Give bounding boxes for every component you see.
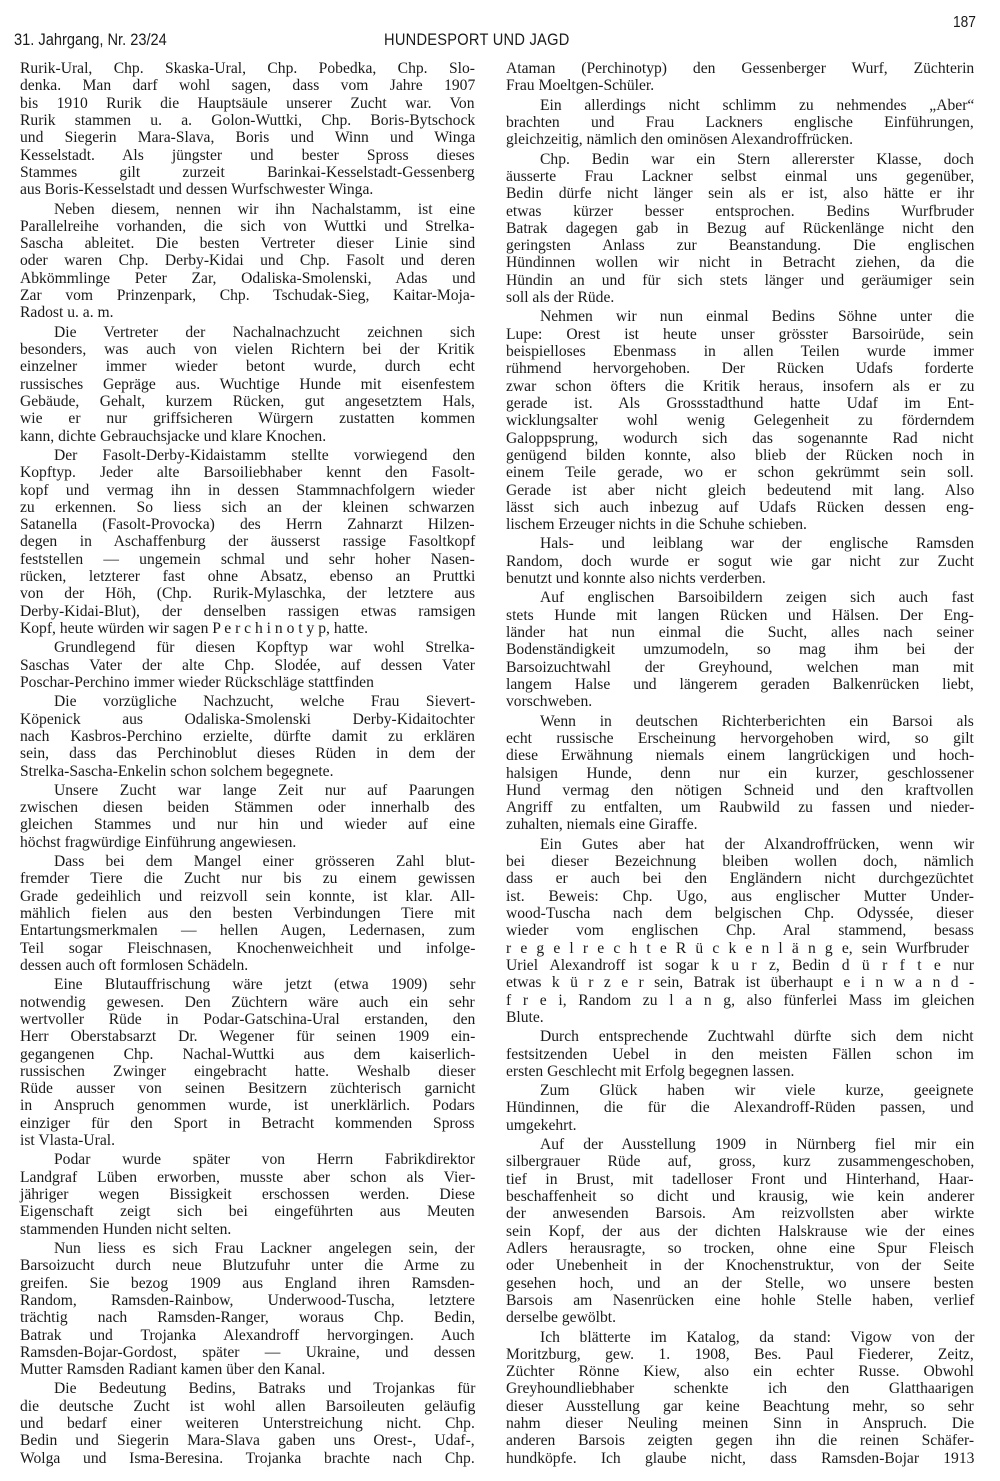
text-line: Auf der Ausstellung 1909 in Nürnberg fie… [506,1136,974,1153]
text-line: höchst fragwürdige Einführung angewiesen… [20,834,475,851]
text-line: wood-Tuscha nach dem belgischen Chp. Ody… [506,905,974,922]
text-line: Gerade ist aber nicht gleich bedeutend m… [506,482,974,499]
text-line: stets Hunde mit langen Rücken und Hälsen… [506,607,974,624]
paragraph: Auf englischen Barsoibildern zeigen sich… [506,589,974,710]
text-line: Derby-Kidai-Blut), der denselben rassige… [20,603,475,620]
text-line: echt russische Erscheinung hervorgehoben… [506,730,974,747]
left-column: Rurik-Ural, Chp. Skaska-Ural, Chp. Pobed… [20,60,475,1467]
text-line: Züchter Rönne Kiew, also ein echter Russ… [506,1363,974,1380]
text-line: Strelka-Sascha-Enkelin schon solchem beg… [20,763,475,780]
text-line: lischem Erzeuger nichts in die Schuhe sc… [506,516,974,533]
text-line: greifen. Sie bezog 1909 aus England ihre… [20,1275,475,1292]
text-line: Ich blätterte im Katalog, da stand: Vigo… [506,1329,974,1346]
text-line: degen in Aschaffenburg der äusserst rass… [20,533,475,550]
paragraph: Auf der Ausstellung 1909 in Nürnberg fie… [506,1136,974,1326]
text-line: sein Kopf, der aus der dichten Halskraus… [506,1223,974,1240]
text-line: etwas kürzer besser entsprochen. Bedins … [506,203,974,220]
text-line: feststellen — ungemein schmal und sehr h… [20,551,475,568]
text-line: Hund vermag den nötigen Schneid und den … [506,782,974,799]
text-line: Bodenständigkeit umzumodeln, so mag ihm … [506,641,974,658]
text-line: Adlers herausragte, so trocken, ohne ein… [506,1240,974,1257]
text-line: aus Boris-Kesselstadt und dessen Wurfsch… [20,181,475,198]
text-line: Grundlegend für diesen Kopftyp war wohl … [20,639,475,656]
text-line: gegangenen Chp. Nachal-Wuttki aus dem ka… [20,1046,475,1063]
text-line: von der Höh, (Chp. Rurik-Mylaschka, der … [20,585,475,602]
text-line: Rurik stammen u. a. Golon-Wuttki, Chp. B… [20,112,475,129]
text-line: tief in Brust, mit tadelloser Front und … [506,1171,974,1188]
text-line: diese Erwähnung niemals einem langrückig… [506,747,974,764]
text-line: Barsoizucht durch neue Blutzufuhr unter … [20,1257,475,1274]
text-line: r e g e l r e c h t e R ü c k e n l ä n … [506,940,974,957]
text-line: dass er auch bei den Engländern nicht du… [506,870,974,887]
paragraph: Ein Gutes aber hat der Alxandroffrücken,… [506,836,974,1026]
right-column: Ataman (Perchinotyp) den Gessenberger Wu… [506,60,974,1467]
paragraph: Dass bei dem Mangel einer grösseren Zahl… [20,853,475,974]
text-line: rücken, letzterer fast ohne Absatz, eben… [20,568,475,585]
text-line: nach Kasbros-Perchino erzielte, dürfte d… [20,728,475,745]
text-line: Eigenschaft zeigt sich bei eingeführten … [20,1203,475,1220]
text-line: anderen Barsois zeigten gegen ihn die re… [506,1432,974,1449]
text-line: Köpenick aus Odaliska-Smolenski Derby-Ki… [20,711,475,728]
text-line: Frau Moeltgen-Schüler. [506,77,974,94]
text-line: Random, Ramsden-Rainbow, Underwood-Tusch… [20,1292,475,1309]
text-line: oder Unebenheit in der Knochenstruktur, … [506,1257,974,1274]
text-line: soll als der Rüde. [506,289,974,306]
text-line: länder hat nun einmal die Sucht, alles n… [506,624,974,641]
text-line: ist Vlasta-Ural. [20,1132,475,1149]
paragraph: Ich blätterte im Katalog, da stand: Vigo… [506,1329,974,1468]
text-line: Lupe: Orest ist heute unser grösster Bar… [506,326,974,343]
text-line: Blute. [506,1009,974,1026]
text-line: beispielloses Ebenmass in allen Teilen w… [506,343,974,360]
paragraph: Neben diesem, nennen wir ihn Nachalstamm… [20,201,475,322]
text-line: Landgraf Lüben erworben, musste aber sch… [20,1169,475,1186]
paragraph: Der Fasolt-Derby-Kidaistamm stellte vorw… [20,447,475,637]
text-line: Barsoizuchtwahl der Greyhound, welchen m… [506,659,974,676]
text-line: Sascha ableitet. Die besten Vertreter di… [20,235,475,252]
text-line: silbergrauer Rüde auf, gross, kurz zusam… [506,1153,974,1170]
text-line: zwar schon öfters die Kritik heraus, ins… [506,378,974,395]
text-line: der anwesenden Barsois. Am reizvollsten … [506,1205,974,1222]
text-line: langem Halse und längerem geraden Balken… [506,676,974,693]
text-line: Barsois am Nasenrücken eine hohle Stelle… [506,1292,974,1309]
text-line: gleichzeitig, nämlich den ominösen Alexa… [506,131,974,148]
text-line: Gebäude, Gehalt, kurzem Rücken, gut ange… [20,393,475,410]
text-line: Parallelreihe vorhanden, die sich von Wu… [20,218,475,235]
text-line: einem Teile gerade, wo er schon gekrümmt… [506,464,974,481]
text-line: einziger für den Sport in Betracht komme… [20,1115,475,1132]
text-line: einzelner immer wieder betont wurde, dur… [20,358,475,375]
page-number: 187 [953,14,976,32]
text-line: Wolga und Isma-Beresina. Trojanka bracht… [20,1450,475,1467]
text-line: Rurik-Ural, Chp. Skaska-Ural, Chp. Pobed… [20,60,475,77]
text-line: gleichen Stammes und nur hin und wieder … [20,816,475,833]
text-line: benutzt und konnte also nichts verderben… [506,570,974,587]
text-line: bei dieser Bezeichnung bleiben wollen do… [506,853,974,870]
text-line: Hündin an und für sich stets länger und … [506,272,974,289]
text-line: Bedin dürfe nicht länger sein als er ist… [506,185,974,202]
paragraph: Zum Glück haben wir viele kurze, geeigne… [506,1082,974,1134]
text-line: brachten und Frau Lackners englische Ein… [506,114,974,131]
text-line: f r e i, Random zu l a n g, also fünferl… [506,992,974,1009]
text-line: Bedin und Siegerin Mara-Slava gaben uns … [20,1432,475,1449]
text-line: beschaffenheit so dicht und krausig, wie… [506,1188,974,1205]
text-line: ersten Geschlecht mit Erfolg begegnen la… [506,1063,974,1080]
text-line: wertvoller Rüde in Podar-Gatschina-Ural … [20,1011,475,1028]
text-line: lässt sich auch inbezug auf Udafs Rücken… [506,499,974,516]
text-line: Zum Glück haben wir viele kurze, geeigne… [506,1082,974,1099]
text-line: kann, dichte Gebrauchsjacke und klare Kn… [20,428,475,445]
running-header: 31. Jahrgang, Nr. 23/24 HUNDESPORT UND J… [0,22,1000,52]
text-line: bis 1910 Rurik die Hauptsäule unserer Zu… [20,95,475,112]
text-line: notwendig gewesen. Den Züchtern wäre auc… [20,994,475,1011]
text-line: Unsere Zucht war lange Zeit nur auf Paar… [20,782,475,799]
text-line: zwischen diesen beiden Stämmen oder inne… [20,799,475,816]
text-line: äusserte Frau Lackner selbst einmal uns … [506,168,974,185]
text-line: Batrak und Trojanka Alexandroff hervorgi… [20,1327,475,1344]
text-line: Angriff zu entfalten, um Raubwild zu fas… [506,799,974,816]
text-line: zuhalten, niemals eine Giraffe. [506,816,974,833]
text-line: Kesselstadt. Als jüngster und bester Spr… [20,147,475,164]
text-line: zu erkennen. So liess sich an der kleine… [20,499,475,516]
text-line: Ein Gutes aber hat der Alxandroffrücken,… [506,836,974,853]
text-line: besonders, was auch von vielen Richtern … [20,341,475,358]
text-line: trächtig nach Ramsden-Ranger, woraus Chp… [20,1309,475,1326]
paragraph: Unsere Zucht war lange Zeit nur auf Paar… [20,782,475,851]
paragraph: Durch entsprechende Zuchtwahl dürfte sic… [506,1028,974,1080]
paragraph: Die Vertreter der Nachalnachzucht zeichn… [20,324,475,445]
text-line: Neben diesem, nennen wir ihn Nachalstamm… [20,201,475,218]
text-line: sein, dass das Perchinoblut dieses Rüden… [20,745,475,762]
text-line: gerade ist. Als Grossstadthund hatte Uda… [506,395,974,412]
text-line: vorschweben. [506,693,974,710]
text-line: genügend bilden konnte, also blieb der R… [506,447,974,464]
text-line: Dass bei dem Mangel einer grösseren Zahl… [20,853,475,870]
issue-label: 31. Jahrgang, Nr. 23/24 [14,30,167,50]
text-line: Kopftyp. Jeder alte Barsoiliebhaber kenn… [20,464,475,481]
text-line: Hals- und leiblang war der englische Ram… [506,535,974,552]
text-line: stammenden Hunden nicht selten. [20,1221,475,1238]
text-line: festsitzenden Uebel in den meisten Fälle… [506,1046,974,1063]
text-line: Die Vertreter der Nachalnachzucht zeichn… [20,324,475,341]
text-line: halsigen Hunde, denn nur ein kurzer, ges… [506,765,974,782]
text-line: Abkömmlinge Peter Zar, Odaliska-Smolensk… [20,270,475,287]
text-line: die deutsche Zucht ist wohl allen Barsoi… [20,1398,475,1415]
text-line: Ein allerdings nicht schlimm zu nehmende… [506,97,974,114]
paragraph: Rurik-Ural, Chp. Skaska-Ural, Chp. Pobed… [20,60,475,199]
text-line: dieser Ausstellung gar keine Beachtung m… [506,1398,974,1415]
text-line: Ataman (Perchinotyp) den Gessenberger Wu… [506,60,974,77]
text-line: hundköpfe. Ich glaube nicht, dass Ramsde… [506,1450,974,1467]
paragraph: Die Bedeutung Bedins, Batraks und Trojan… [20,1380,475,1467]
paragraph: Chp. Bedin war ein Stern allererster Kla… [506,151,974,307]
text-line: umgekehrt. [506,1117,974,1134]
text-line: jähriger wegen Bissigkeit erschossen wer… [20,1186,475,1203]
text-line: Moritzburg, gew. 1. 1908, Bes. Paul Fied… [506,1346,974,1363]
text-line: Entartungsmerkmalen — hellen Augen, Lede… [20,922,475,939]
text-line: Batrak dagegen gab in Bezug auf Rückenlä… [506,220,974,237]
text-line: oder waren Chp. Derby-Kidai und Chp. Fas… [20,252,475,269]
paragraph: Nun liess es sich Frau Lackner angelegen… [20,1240,475,1379]
text-line: Die Bedeutung Bedins, Batraks und Trojan… [20,1380,475,1397]
text-line: Satanella (Fasolt-Provocka) des Herrn Za… [20,516,475,533]
paragraph: Eine Blutauffrischung wäre jetzt (etwa 1… [20,976,475,1149]
text-line: Random, doch wurde er sogut wie gar nich… [506,553,974,570]
text-line: gesehen hoch, und an der Stelle, wo unse… [506,1275,974,1292]
text-line: Mutter Ramsden Radiant kamen über den Ka… [20,1361,475,1378]
paragraph: Hals- und leiblang war der englische Ram… [506,535,974,587]
text-line: wie er nur griffsicheren Würgern zustatt… [20,410,475,427]
text-line: und bedarf einer weiteren Unterstreichun… [20,1415,475,1432]
text-line: denka. Man darf wohl sagen, dass vom Jah… [20,77,475,94]
text-line: geringsten Anlass zur Beanstandung. Die … [506,237,974,254]
text-line: in Anspruch genommen wurde, ist unerklär… [20,1097,475,1114]
text-line: nahm dieser Neuling meinen Sinn in Anspr… [506,1415,974,1432]
text-line: russischen Zwinger eingebracht hatte. We… [20,1063,475,1080]
text-line: fremder Tiere die Zucht nur bis zu einem… [20,870,475,887]
paragraph: Grundlegend für diesen Kopftyp war wohl … [20,639,475,691]
text-line: derselbe gewölbt. [506,1309,974,1326]
paragraph: Ein allerdings nicht schlimm zu nehmende… [506,97,974,149]
text-line: mählich fielen aus den besten Verbindung… [20,905,475,922]
text-line: ist. Beweis: Chp. Ugo, aus englischer Mu… [506,888,974,905]
text-line: Der Fasolt-Derby-Kidaistamm stellte vorw… [20,447,475,464]
text-line: Chp. Bedin war ein Stern allererster Kla… [506,151,974,168]
text-line: Teil sogar Fleischnasen, Knochenweichhei… [20,940,475,957]
text-line: Poschar-Perchino immer wieder Rückschläg… [20,674,475,691]
paragraph: Podar wurde später von Herrn Fabrikdirek… [20,1151,475,1238]
text-line: wieder vom englischen Chp. Aral stammend… [506,922,974,939]
text-line: dessen auch oft formlosen Schädeln. [20,957,475,974]
text-line: Ramsden-Bojar-Gordost, später — Ukraine,… [20,1344,475,1361]
text-line: Rüde ausser von seinen Besitzern züchter… [20,1080,475,1097]
text-line: Eine Blutauffrischung wäre jetzt (etwa 1… [20,976,475,993]
text-line: Nehmen wir nun einmal Bedins Söhne unter… [506,308,974,325]
text-line: russisches Gepräge aus. Wuchtige Hunde m… [20,376,475,393]
text-line: Auf englischen Barsoibildern zeigen sich… [506,589,974,606]
text-line: Podar wurde später von Herrn Fabrikdirek… [20,1151,475,1168]
text-line: kopf und vermag ihn in dessen Stammnachf… [20,482,475,499]
text-line: Uriel Alexandroff ist sogar k u r z, Bed… [506,957,974,974]
text-line: Zar vom Prinzenpark, Chp. Tschudak-Sieg,… [20,287,475,304]
text-line: rühmend hervorgehoben. Der Rücken Udafs … [506,360,974,377]
text-line: Radost u. a. m. [20,304,475,321]
journal-title: HUNDESPORT UND JAGD [384,30,570,50]
text-line: Grade gedeihlich und reizvoll sein konnt… [20,888,475,905]
text-line: Stammes gilt zurzeit Barinkai-Kesselstad… [20,164,475,181]
text-line: Saschas Vater der alte Chp. Slodée, auf … [20,657,475,674]
text-line: Galoppsprung, wodurch sich das sogenannt… [506,430,974,447]
text-line: und Siegerin Mara-Slava, Boris und Winn … [20,129,475,146]
paragraph: Wenn in deutschen Richterberichten ein B… [506,713,974,834]
text-line: Kopf, heute würden wir sagen P e r c h i… [20,620,475,637]
text-line: Hündinnen, die für die Alexandroff-Rüden… [506,1099,974,1116]
text-line: wicklungsalter wohl wenig Gelegenheit zu… [506,412,974,429]
text-line: Herr Oberstabsarzt Dr. Wegener für seine… [20,1028,475,1045]
text-line: Nun liess es sich Frau Lackner angelegen… [20,1240,475,1257]
text-line: Wenn in deutschen Richterberichten ein B… [506,713,974,730]
paragraph: Ataman (Perchinotyp) den Gessenberger Wu… [506,60,974,95]
text-line: Hündinnen wollen wir nicht in Betracht z… [506,254,974,271]
paragraph: Die vorzügliche Nachzucht, welche Frau S… [20,693,475,780]
text-line: Greyhoundliebhaber schenkte ich den Glat… [506,1380,974,1397]
paragraph: Nehmen wir nun einmal Bedins Söhne unter… [506,308,974,533]
text-line: Die vorzügliche Nachzucht, welche Frau S… [20,693,475,710]
text-line: etwas k ü r z e r sein, Batrak ist überh… [506,974,974,991]
text-line: Durch entsprechende Zuchtwahl dürfte sic… [506,1028,974,1045]
